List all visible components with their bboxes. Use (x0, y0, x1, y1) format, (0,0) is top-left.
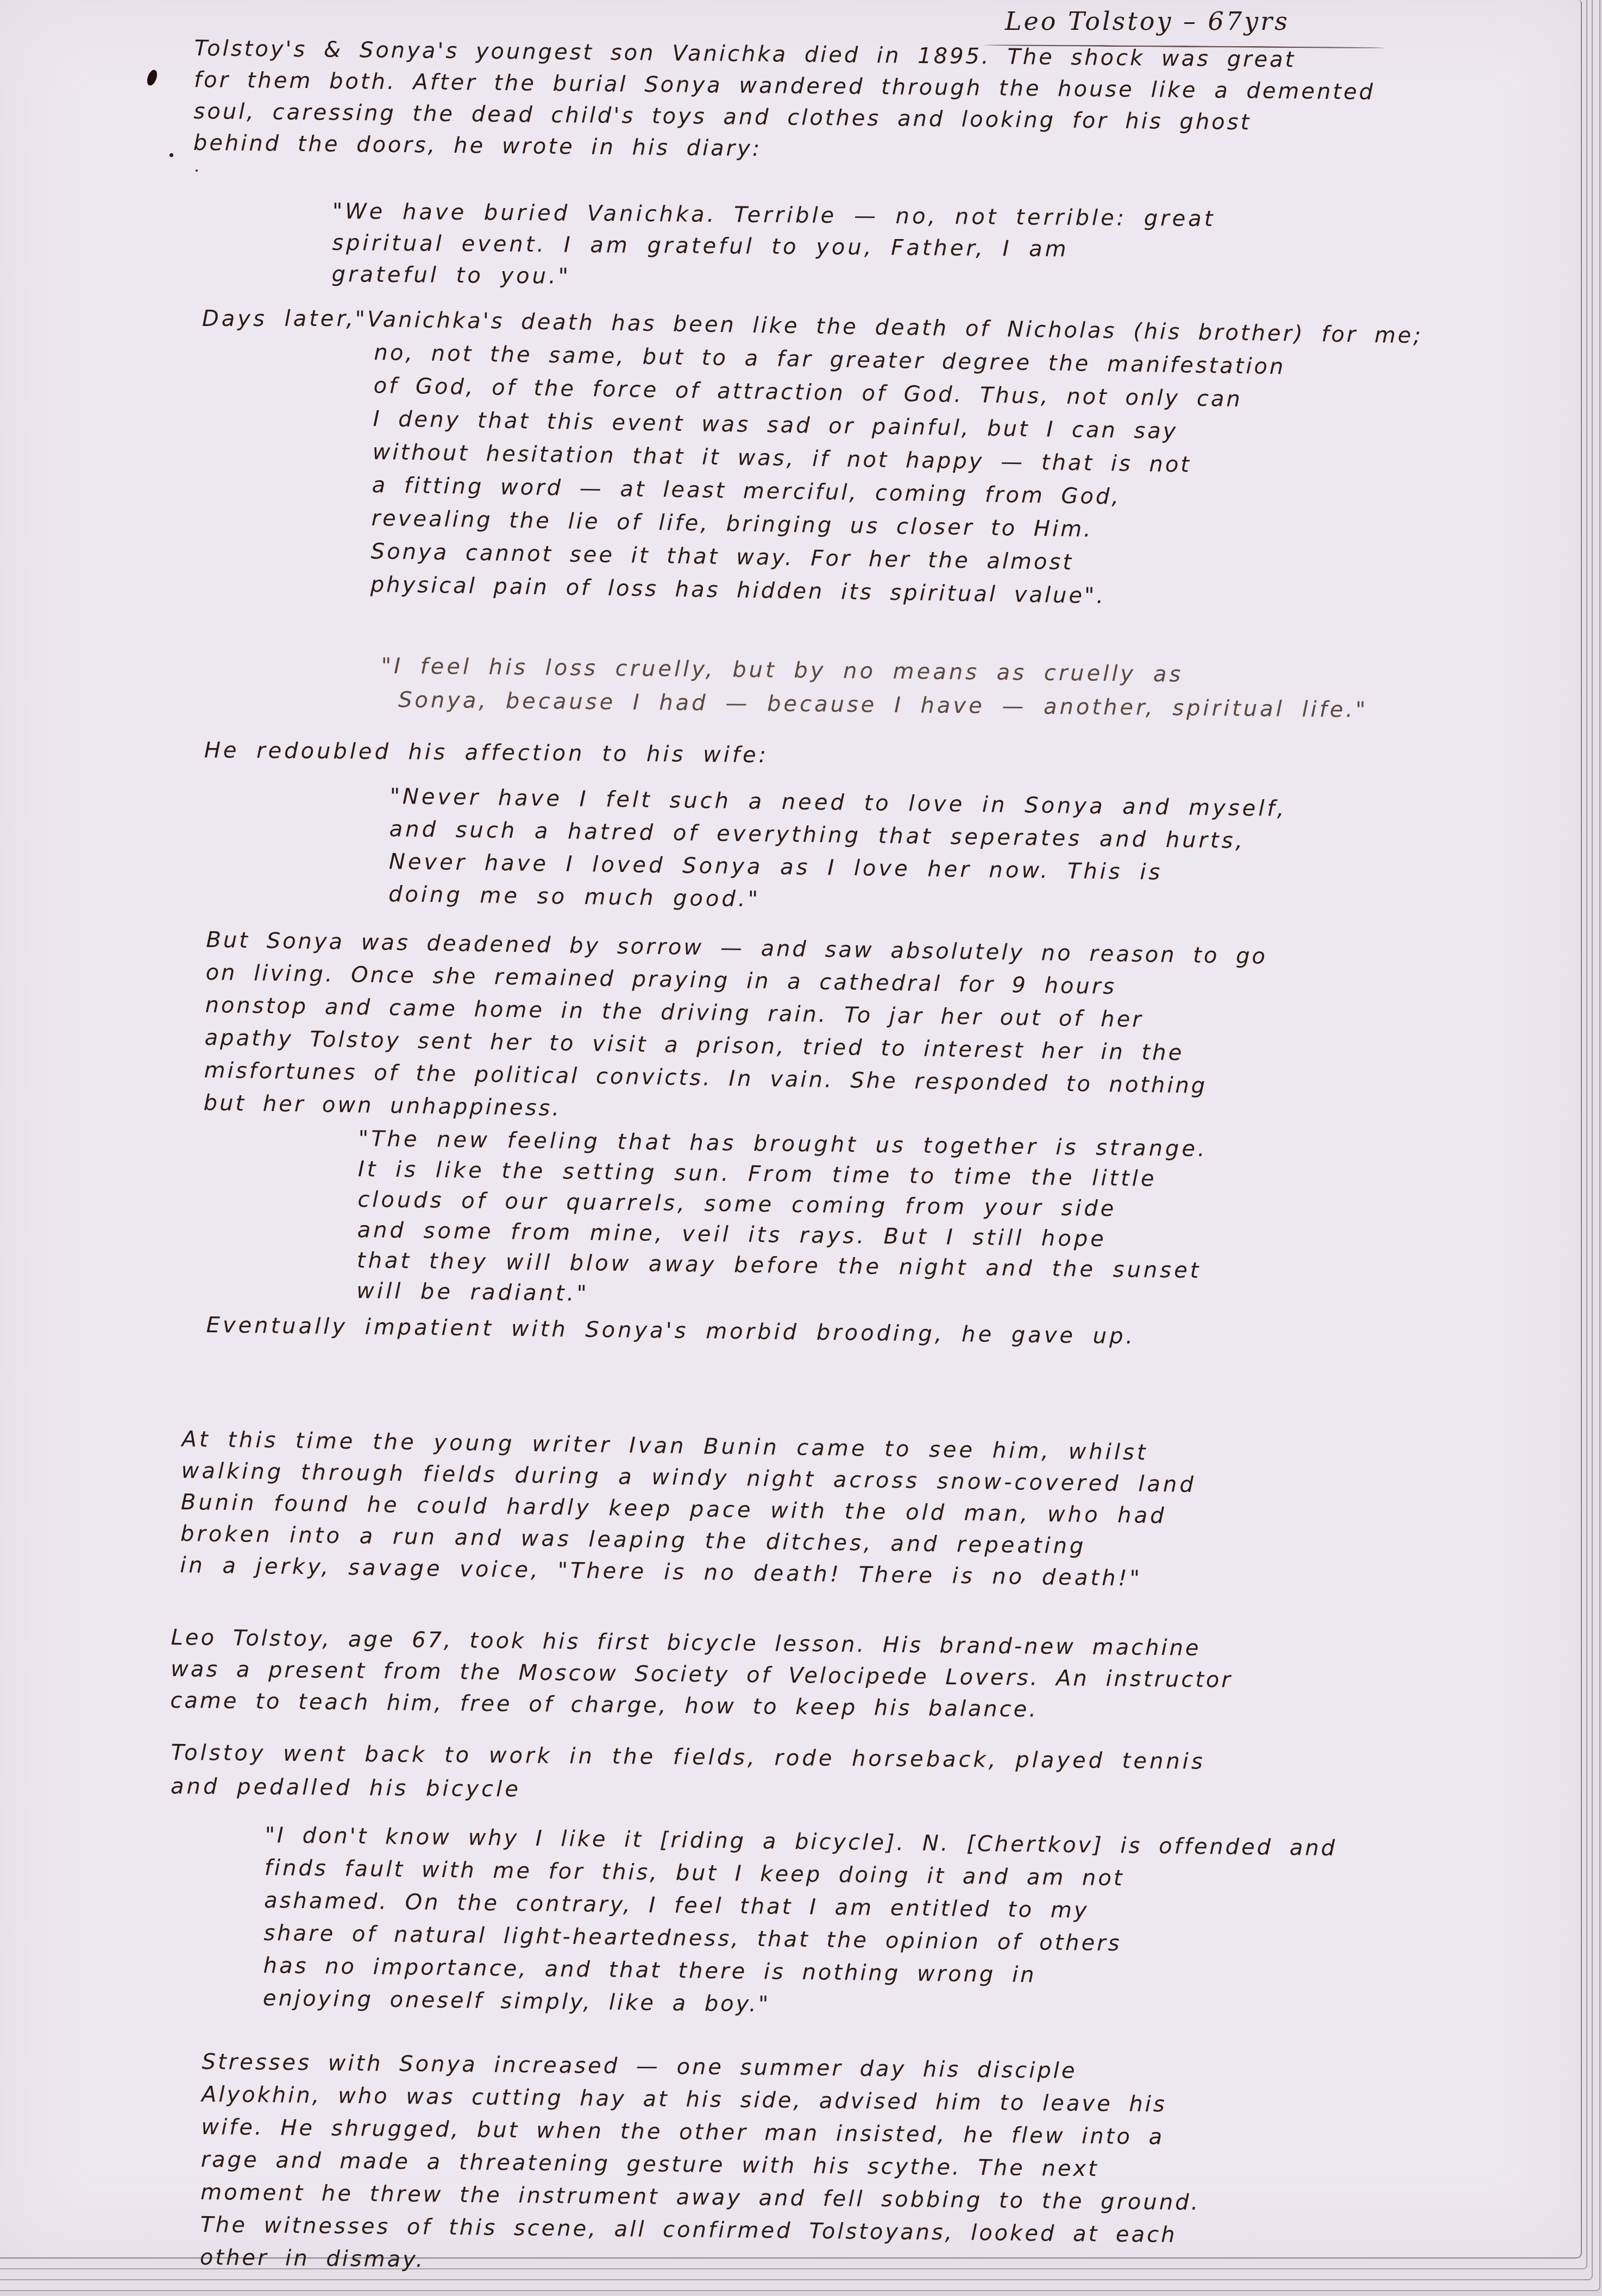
paragraph-vanichka-death: Tolstoy's & Sonya's youngest son Vanichk… (193, 33, 1375, 171)
paragraph-ivan-bunin: At this time the young writer Ivan Bunin… (180, 1423, 1197, 1595)
page-header: Leo Tolstoy – 67yrs (1005, 7, 1364, 36)
paragraph-stresses-with-sonya: Stresses with Sonya increased — one summ… (200, 2046, 1202, 2284)
paper-stack: Leo Tolstoy – 67yrs Tolstoy's & Sonya's … (0, 0, 1602, 2296)
quote-never-have-i-felt: "Never have I felt such a need to love i… (388, 780, 1287, 923)
label-days-later: Days later, (202, 303, 356, 335)
quote-setting-sun: "The new feeling that has brought us tog… (356, 1124, 1208, 1316)
paragraph-redoubled-affection: He redoubled his affection to his wife: (204, 735, 769, 771)
paragraph-bicycle-lesson: Leo Tolstoy, age 67, took his first bicy… (170, 1622, 1233, 1727)
text-line: Eventually impatient with Sonya's morbid… (206, 1309, 1135, 1352)
ink-dot-mark (169, 153, 173, 157)
paragraph-gave-up: Eventually impatient with Sonya's morbid… (206, 1309, 1135, 1352)
ink-dot-mark (196, 170, 198, 172)
text-line: He redoubled his affection to his wife: (204, 735, 769, 771)
paragraph-sonya-deadened: But Sonya was deadened by sorrow — and s… (203, 924, 1267, 1136)
quote-feel-his-loss: "I feel his loss cruelly, but by no mean… (381, 649, 1369, 727)
quote-nicholas-comparison: "Vanichka's death has been like the deat… (370, 303, 1423, 618)
manuscript-page: Leo Tolstoy – 67yrs Tolstoy's & Sonya's … (0, 0, 1582, 2259)
quote-riding-bicycle: "I don't know why I like it [riding a bi… (263, 1819, 1337, 2028)
paragraph-back-to-work: Tolstoy went back to work in the fields,… (171, 1736, 1205, 1812)
quote-buried-vanichka: "We have buried Vanichka. Terrible — no,… (331, 196, 1215, 298)
ink-bullet-mark (145, 68, 159, 87)
